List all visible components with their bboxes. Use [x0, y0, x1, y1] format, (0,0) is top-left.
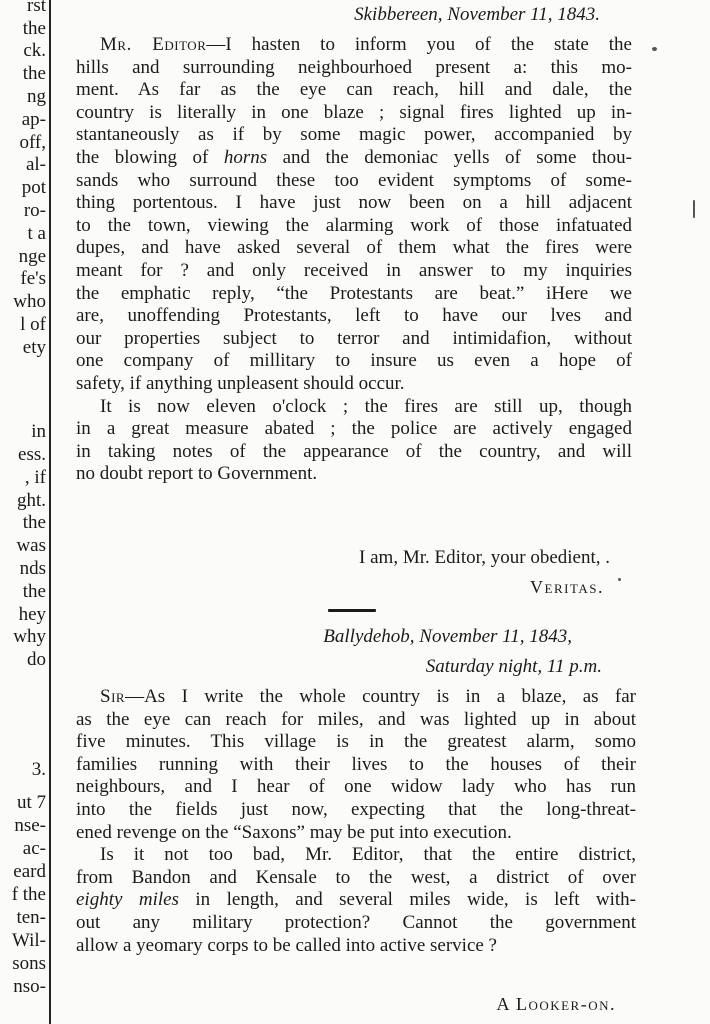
text-line: five minutes. This village is in the gre…: [76, 731, 636, 754]
left-column-fragment: was: [16, 534, 46, 557]
text-line: stantaneously as if by some magic power,…: [76, 124, 632, 147]
dateline-skibbereen: Skibbereen, November 11, 1843.: [354, 3, 600, 26]
dateline-time: Saturday night, 11 p.m.: [426, 655, 602, 678]
scan-speck: [618, 578, 621, 581]
left-column-fragment: ety: [23, 336, 46, 359]
text-line: sands who surround these too evident sym…: [76, 170, 632, 193]
left-column-fragment: nds: [20, 557, 46, 580]
left-column-fragment: ac-: [23, 837, 46, 860]
left-column-fragment: sons: [12, 952, 46, 975]
left-column-fragment: the: [23, 62, 46, 85]
text-line: the emphatic reply, “the Protestants are…: [76, 283, 632, 306]
left-column-fragment: fe's: [20, 267, 46, 290]
text-line: from Bandon and Kensale to the west, a d…: [76, 867, 636, 890]
text-line: ened revenge on the “Saxons” may be put …: [76, 822, 636, 845]
text-line: eighty miles in length, and several mile…: [76, 889, 636, 912]
left-column-fragment: rst: [27, 0, 46, 17]
left-column-fragment: ut 7: [17, 791, 46, 814]
left-column-fragment: , if: [25, 466, 46, 489]
closing-line: I am, Mr. Editor, your obedient, .: [359, 546, 610, 569]
letter1-paragraph-1: Mr. Editor—I hasten to inform you of the…: [76, 34, 632, 486]
text-line: thing portentous. I have just now been o…: [76, 192, 632, 215]
left-column-fragment: the: [23, 580, 46, 603]
left-column-fragment: off,: [19, 131, 46, 154]
text-line: allow a yeomary corps to be called into …: [76, 935, 636, 958]
text-line: into the fields just now, expecting that…: [76, 799, 636, 822]
text-line: no doubt report to Government.: [76, 463, 632, 486]
left-column-fragment: why: [13, 625, 46, 648]
text-line: in taking notes of the appearance of the…: [76, 441, 632, 464]
left-column-fragment: ap-: [22, 108, 46, 131]
left-column-fragment: nse-: [14, 814, 46, 837]
left-column-fragments: rsttheck.thengap-off,al-potro-t angefe's…: [0, 0, 46, 1024]
text-line: in a great measure abated ; the police a…: [76, 418, 632, 441]
text-line: Sir—As I write the whole country is in a…: [76, 686, 636, 709]
left-column-fragment: ng: [27, 85, 46, 108]
scan-speck: [652, 47, 657, 51]
left-column-fragment: nso-: [13, 975, 46, 998]
text-line: safety, if anything unpleasent should oc…: [76, 373, 632, 396]
left-column-fragment: t a: [28, 222, 46, 245]
text-line: country is literally in one blaze ; sign…: [76, 102, 632, 125]
left-column-fragment: al-: [26, 153, 46, 176]
scan-speck: [693, 200, 695, 218]
left-column-fragment: eard: [13, 860, 46, 883]
left-column-fragment: 3.: [32, 758, 46, 781]
signature-veritas: Veritas.: [530, 577, 604, 598]
signature-looker-on: A Looker-on.: [496, 994, 616, 1015]
text-line: as the eye can reach for miles, and was …: [76, 709, 636, 732]
left-column-fragment: Wil-: [12, 929, 46, 952]
text-line: Mr. Editor—I hasten to inform you of the…: [76, 34, 632, 57]
left-column-fragment: pot: [22, 176, 46, 199]
text-line: Is it not too bad, Mr. Editor, that the …: [76, 844, 636, 867]
column-rule: [49, 0, 51, 1024]
left-column-fragment: ck.: [23, 39, 46, 62]
left-column-fragment: who: [13, 290, 46, 313]
text-line: out any military protection? Cannot the …: [76, 912, 636, 935]
text-line: families running with their lives to the…: [76, 754, 636, 777]
text-line: ment. As far as the eye can reach, hill …: [76, 79, 632, 102]
text-line: meant for ? and only received in answer …: [76, 260, 632, 283]
left-column-fragment: ten-: [16, 906, 46, 929]
text-line: dupes, and have asked several of them wh…: [76, 237, 632, 260]
left-column-fragment: in: [31, 420, 46, 443]
left-column-fragment: do: [27, 648, 46, 671]
left-column-fragment: ro-: [24, 199, 46, 222]
left-column-fragment: the: [23, 17, 46, 40]
left-column-fragment: nge: [19, 245, 46, 268]
left-column-fragment: ght.: [17, 489, 46, 512]
text-line: one company of millitary to insure us ev…: [76, 350, 632, 373]
text-line: the blowing of horns and the demoniac ye…: [76, 147, 632, 170]
left-column-fragment: hey: [19, 603, 46, 626]
text-line: to the town, viewing the alarming work o…: [76, 215, 632, 238]
left-column-fragment: l of: [20, 313, 46, 336]
salutation: Sir: [100, 686, 125, 707]
left-column-fragment: f the: [12, 883, 46, 906]
emphasis-horns: horns: [224, 147, 267, 168]
section-divider: [328, 609, 376, 612]
text-line: our properties subject to terror and int…: [76, 328, 632, 351]
text-line: It is now eleven o'clock ; the fires are…: [76, 396, 632, 419]
text-line: hills and surrounding neighbourhoed pres…: [76, 57, 632, 80]
letter2-paragraph-1: Sir—As I write the whole country is in a…: [76, 686, 636, 957]
emphasis-eighty-miles: eighty miles: [76, 889, 179, 910]
text-line: neighbours, and I hear of one widow lady…: [76, 776, 636, 799]
salutation: Mr. Editor: [100, 34, 206, 55]
left-column-fragment: the: [23, 511, 46, 534]
text-line: are, unoffending Protestants, left to ha…: [76, 305, 632, 328]
left-column-fragment: ess.: [18, 443, 46, 466]
dateline-ballydehob: Ballydehob, November 11, 1843,: [323, 625, 572, 648]
